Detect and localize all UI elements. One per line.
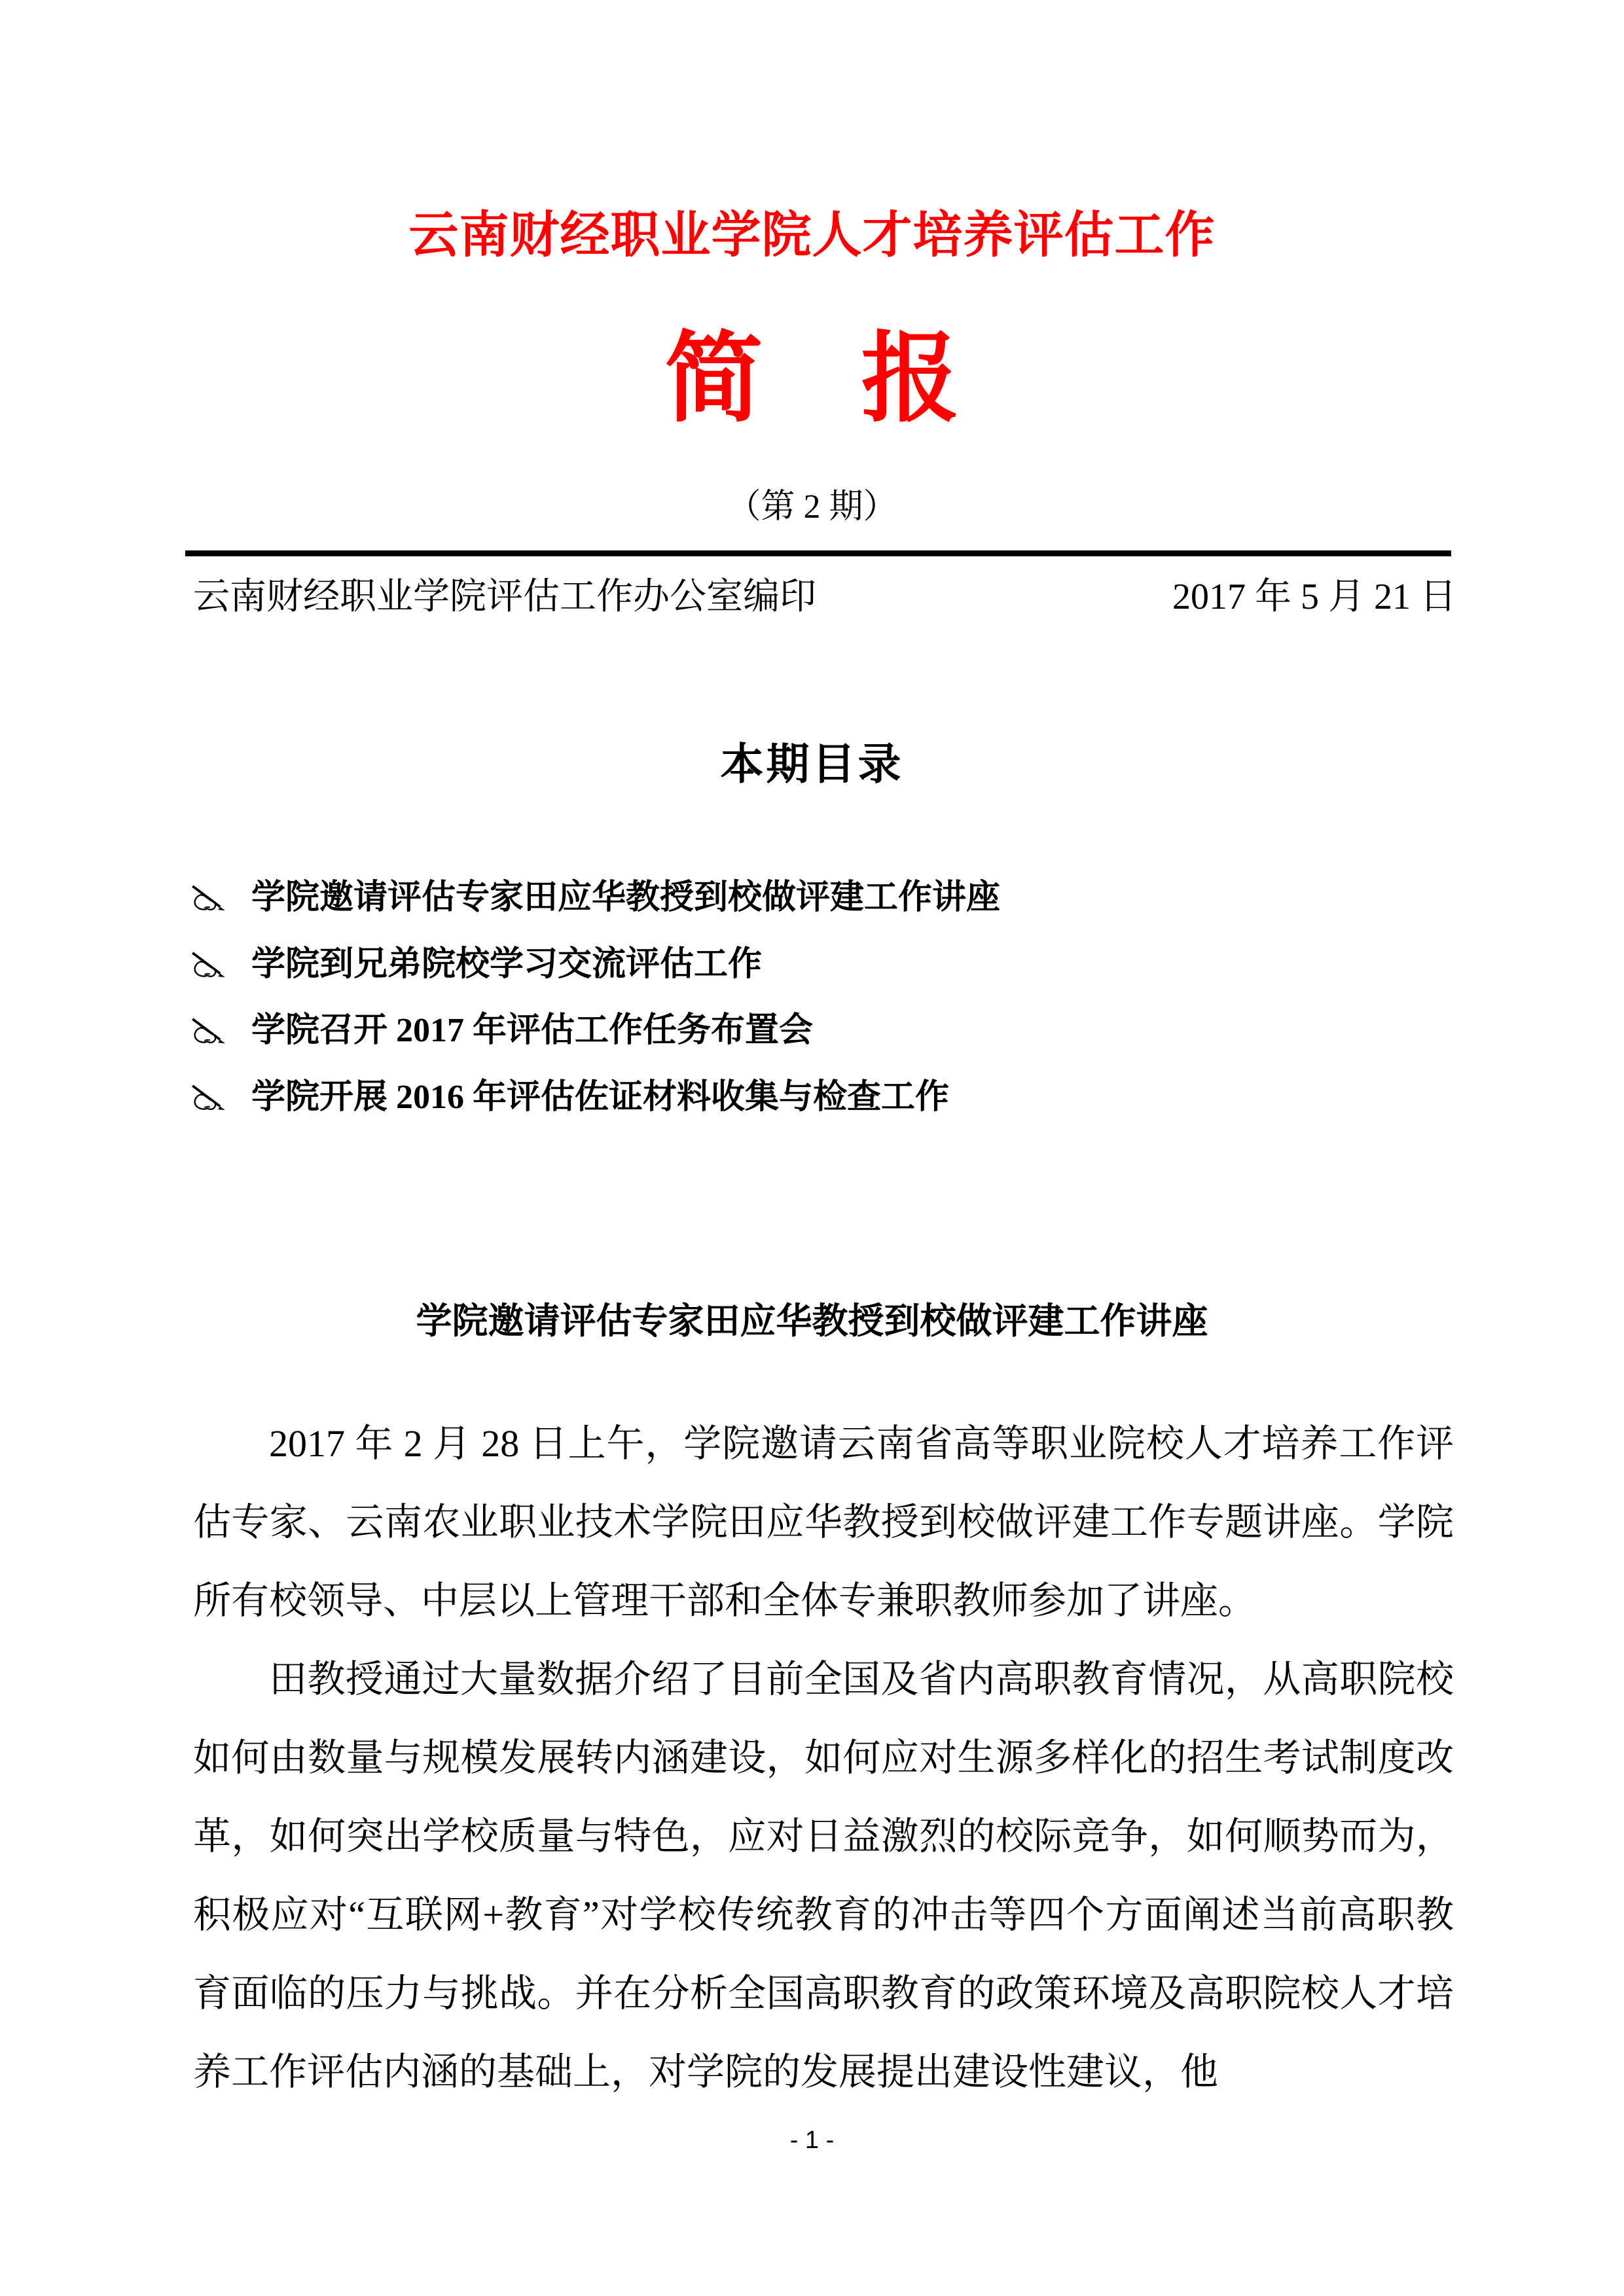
toc-item: 学院邀请评估专家田应华教授到校做评建工作讲座 (190, 877, 1000, 919)
article-paragraph: 2017 年 2 月 28 日上午，学院邀请云南省高等职业院校人才培养工作评估专… (193, 1405, 1454, 1640)
article-body: 2017 年 2 月 28 日上午，学院邀请云南省高等职业院校人才培养工作评估专… (193, 1405, 1454, 2111)
toc-item-label: 学院邀请评估专家田应华教授到校做评建工作讲座 (251, 877, 1000, 919)
writing-hand-icon (190, 951, 228, 978)
writing-hand-icon (190, 1084, 228, 1111)
publisher-row: 云南财经职业学院评估工作办公室编印 2017 年 5 月 21 日 (193, 576, 1456, 618)
toc-item-label: 学院开展 2016 年评估佐证材料收集与检查工作 (251, 1077, 949, 1119)
toc-item: 学院召开 2017 年评估工作任务布置会 (190, 1010, 813, 1052)
writing-hand-icon (190, 884, 228, 912)
masthead-title: 简 报 (0, 322, 1624, 435)
page-number: - 1 - (0, 2126, 1624, 2155)
toc-title: 本期目录 (0, 738, 1624, 792)
toc-item: 学院到兄弟院校学习交流评估工作 (190, 944, 762, 986)
writing-hand-icon (190, 1017, 228, 1045)
toc-item: 学院开展 2016 年评估佐证材料收集与检查工作 (190, 1077, 949, 1119)
publisher-text: 云南财经职业学院评估工作办公室编印 (193, 576, 816, 618)
publish-date: 2017 年 5 月 21 日 (1172, 576, 1456, 618)
document-title: 云南财经职业学院人才培养评估工作 (0, 206, 1624, 265)
issue-number: （第 2 期） (0, 487, 1624, 528)
article-paragraph: 田教授通过大量数据介绍了目前全国及省内高职教育情况，从高职院校如何由数量与规模发… (193, 1640, 1454, 2111)
article-heading: 学院邀请评估专家田应华教授到校做评建工作讲座 (0, 1299, 1624, 1342)
toc-item-label: 学院到兄弟院校学习交流评估工作 (251, 944, 762, 986)
divider-rule (185, 550, 1451, 556)
bulletin-page: 云南财经职业学院人才培养评估工作 简 报 （第 2 期） 云南财经职业学院评估工… (0, 0, 1624, 2296)
toc-item-label: 学院召开 2017 年评估工作任务布置会 (251, 1010, 813, 1052)
